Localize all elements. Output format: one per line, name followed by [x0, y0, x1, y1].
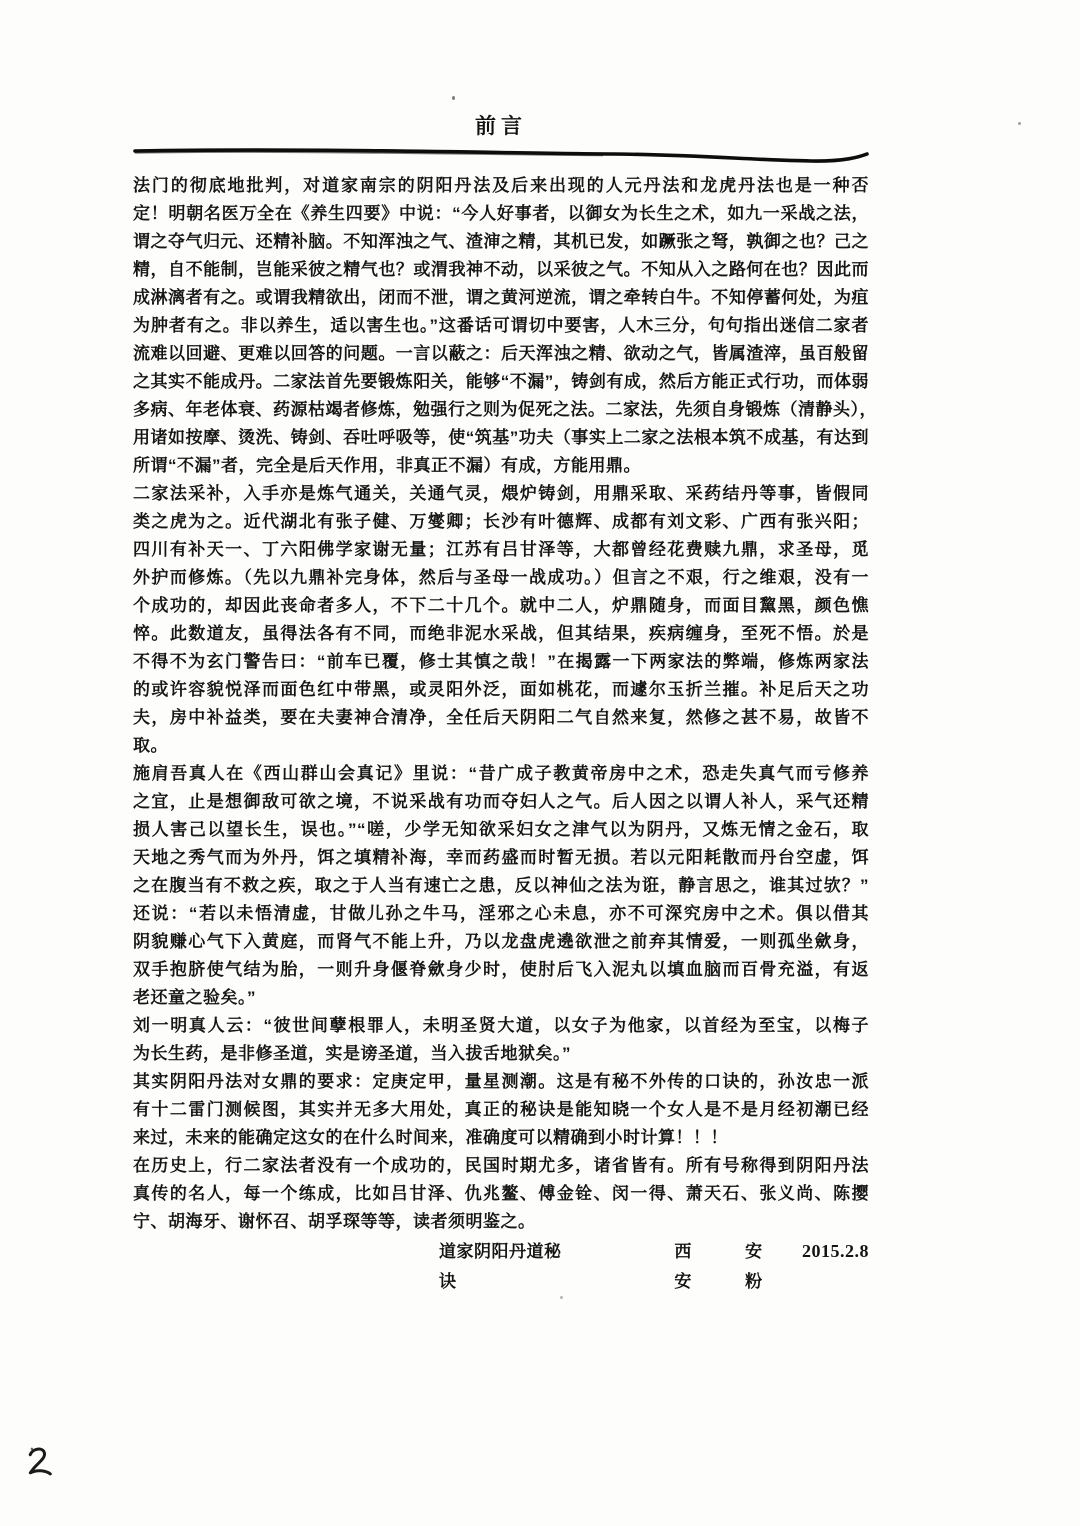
body-paragraph: 其实阴阳丹法对女鼎的要求：定庚定甲，量星测潮。这是有秘不外传的口诀的，孙汝忠一派…	[133, 1068, 869, 1152]
text-line: 取。	[133, 732, 869, 760]
signature-book-title: 道家阴阳丹道秘诀	[439, 1237, 578, 1297]
text-line: 所谓“不漏”者，完全是后天作用，非真正不漏）有成，方能用鼎。	[133, 452, 869, 480]
text-line: 之宜，止是想御敌可欲之境，不说采战有功而夺妇人之气。后人因之以谓人补人，采气还精	[133, 788, 869, 816]
text-line: 双手抱脐使气结为胎，一则升身偃脊歛身少时，使肘后飞入泥丸以填血脑而百骨充溢，有返	[133, 956, 869, 984]
body-paragraph: 法门的彻底地批判，对道家南宗的阴阳丹法及后来出现的人元丹法和龙虎丹法也是一种否定…	[133, 172, 869, 480]
text-line: 阴貌赚心气下入黄庭，而肾气不能上升，乃以龙盘虎遶欲泄之前弃其情爱，一则孤坐歛身，	[133, 928, 869, 956]
text-line: 真传的名人，每一个练成，比如吕甘泽、仇兆鳌、傅金铨、闵一得、萧天石、张义尚、陈撄	[133, 1180, 869, 1208]
text-line: 损人害己以望长生，误也。”“嗟，少学无知欲采妇女之津气以为阴丹，又炼无情之金石，…	[133, 816, 869, 844]
body-paragraph: 在历史上，行二家法者没有一个成功的，民国时期尤多，诸省皆有。所有号称得到阴阳丹法…	[133, 1152, 869, 1236]
signature-place: 西安	[674, 1237, 709, 1297]
handwritten-page-number	[20, 1442, 65, 1492]
text-line: 的或许容貌悦泽而面色红中带黑，或灵阳外泛，面如桃花，而遽尔玉折兰摧。补足后天之功	[133, 676, 869, 704]
text-line: 之其实不能成丹。二家法首先要锻炼阳关，能够“不漏”，铸剑有成，然后方能正式行功，…	[133, 368, 869, 396]
text-line: 二家法采补，入手亦是炼气通关，关通气灵，煨炉铸剑，用鼎采取、采药结丹等事，皆假同	[133, 480, 869, 508]
text-line: 来过，未来的能确定这女的在什么时间来，准确度可以精确到小时计算！！！	[133, 1124, 869, 1152]
body-paragraph: 刘一明真人云：“彼世间孽根罪人，未明圣贤大道，以女子为他家，以首经为至宝，以梅子…	[133, 1012, 869, 1068]
text-line: 定！明朝名医万全在《养生四要》中说：“今人好事者，以御女为长生之术，如九一采战之…	[133, 200, 869, 228]
text-line: 施肩吾真人在《西山群山会真记》里说：“昔广成子教黄帝房中之术，恐走失真气而亏修养	[133, 760, 869, 788]
text-line: 外护而修炼。（先以九鼎补完身体，然后与圣母一战成功。）但言之不艰，行之维艰，没有…	[133, 564, 869, 592]
header-rule	[133, 144, 869, 164]
text-line: 悴。此数道友，虽得法各有不同，而绝非泥水采战，但其结果，疾病缠身，至死不悟。於是	[133, 620, 869, 648]
body-text: 法门的彻底地批判，对道家南宗的阴阳丹法及后来出现的人元丹法和龙虎丹法也是一种否定…	[133, 172, 869, 1236]
scanned-book-page: 前言 法门的彻底地批判，对道家南宗的阴阳丹法及后来出现的人元丹法和龙虎丹法也是一…	[0, 0, 1080, 1526]
text-line: 多病、年老体衰、药源枯竭者修炼，勉强行之则为促死之法。二家法，先须自身锻炼（清静…	[133, 396, 869, 424]
text-line: 天地之秀气而为外丹，饵之填精补海，幸而药盛而时暂无损。若以元阳耗散而丹台空虚，饵	[133, 844, 869, 872]
text-line: 个成功的，却因此丧命者多人，不下二十几个。就中二人，炉鼎随身，而面目黧黑，颜色憔	[133, 592, 869, 620]
text-line: 在历史上，行二家法者没有一个成功的，民国时期尤多，诸省皆有。所有号称得到阴阳丹法	[133, 1152, 869, 1180]
text-line: 其实阴阳丹法对女鼎的要求：定庚定甲，量星测潮。这是有秘不外传的口诀的，孙汝忠一派	[133, 1068, 869, 1096]
scan-speck	[452, 96, 455, 100]
signature-line: 道家阴阳丹道秘诀 西安 安粉 2015.2.8	[133, 1236, 869, 1297]
text-line: 夫，房中补益类，要在夫妻神合清净，全任后天阴阳二气自然来复，然修之甚不易，故皆不	[133, 704, 869, 732]
text-line: 有十二雷门测候图，其实并无多大用处，真正的秘诀是能知晓一个女人是不是月经初潮已经	[133, 1096, 869, 1124]
page-title: 前言	[133, 112, 869, 142]
text-line: 为肿者有之。非以养生，适以害生也。”这番话可谓切中要害，人木三分，句句指出迷信二…	[133, 312, 869, 340]
scan-speck	[255, 207, 257, 210]
text-line: 法门的彻底地批判，对道家南宗的阴阳丹法及后来出现的人元丹法和龙虎丹法也是一种否	[133, 172, 869, 200]
text-line: 谓之夺气归元、还精补脑。不知浑浊之气、渣渖之精，其机已发，如蹶张之弩，孰御之也？…	[133, 228, 869, 256]
signature-date: 2015.2.8	[802, 1236, 869, 1266]
text-line: 流难以回避、更难以回答的问题。一言以蔽之：后天浑浊之精、欲动之气，皆属渣滓，虽百…	[133, 340, 869, 368]
text-line: 精，自不能制，岂能采彼之精气也？或渭我神不动，以采彼之气。不知从入之路何在也？因…	[133, 256, 869, 284]
text-line: 四川有补天一、丁六阳佛学家谢无量；江苏有吕甘泽等，大都曾经花费赎九鼎，求圣母，觅	[133, 536, 869, 564]
scan-speck	[560, 1296, 563, 1299]
page-content: 前言 法门的彻底地批判，对道家南宗的阴阳丹法及后来出现的人元丹法和龙虎丹法也是一…	[133, 112, 869, 1297]
text-line: 不得不为玄门警告曰：“前车已覆，修士其慎之哉！”在揭露一下两家法的弊端，修炼两家…	[133, 648, 869, 676]
text-line: 成淋漓者有之。或谓我精欲出，闭而不泄，谓之黄河逆流，谓之牵转白牛。不知停蓄何处，…	[133, 284, 869, 312]
text-line: 老还童之验矣。”	[133, 984, 869, 1012]
text-line: 用诸如按摩、烫洗、铸剑、吞吐呼吸等，使“筑基”功夫（事实上二家之法根本筑不成基，…	[133, 424, 869, 452]
scan-speck	[1018, 122, 1021, 125]
text-line: 为长生药，是非修圣道，实是谤圣道，当入拔舌地狱矣。”	[133, 1040, 869, 1068]
signature-author: 安粉	[745, 1237, 780, 1297]
body-paragraph: 二家法采补，入手亦是炼气通关，关通气灵，煨炉铸剑，用鼎采取、采药结丹等事，皆假同…	[133, 480, 869, 760]
text-line: 刘一明真人云：“彼世间孽根罪人，未明圣贤大道，以女子为他家，以首经为至宝，以梅子	[133, 1012, 869, 1040]
text-line: 之在腹当有不救之疾，取之于人当有速亡之患，反以神仙之法为诳，静言思之，谁其过欤？…	[133, 872, 869, 900]
text-line: 还说：“若以未悟清虚，甘做儿孙之牛马，淫邪之心未息，亦不可深究房中之术。俱以借其	[133, 900, 869, 928]
body-paragraph: 施肩吾真人在《西山群山会真记》里说：“昔广成子教黄帝房中之术，恐走失真气而亏修养…	[133, 760, 869, 1012]
text-line: 宁、胡海牙、谢怀召、胡孚琛等等，读者须明鉴之。	[133, 1208, 869, 1236]
text-line: 类之虎为之。近代湖北有张子健、万燮卿；长沙有叶德辉、成都有刘文彩、广西有张兴阳；	[133, 508, 869, 536]
